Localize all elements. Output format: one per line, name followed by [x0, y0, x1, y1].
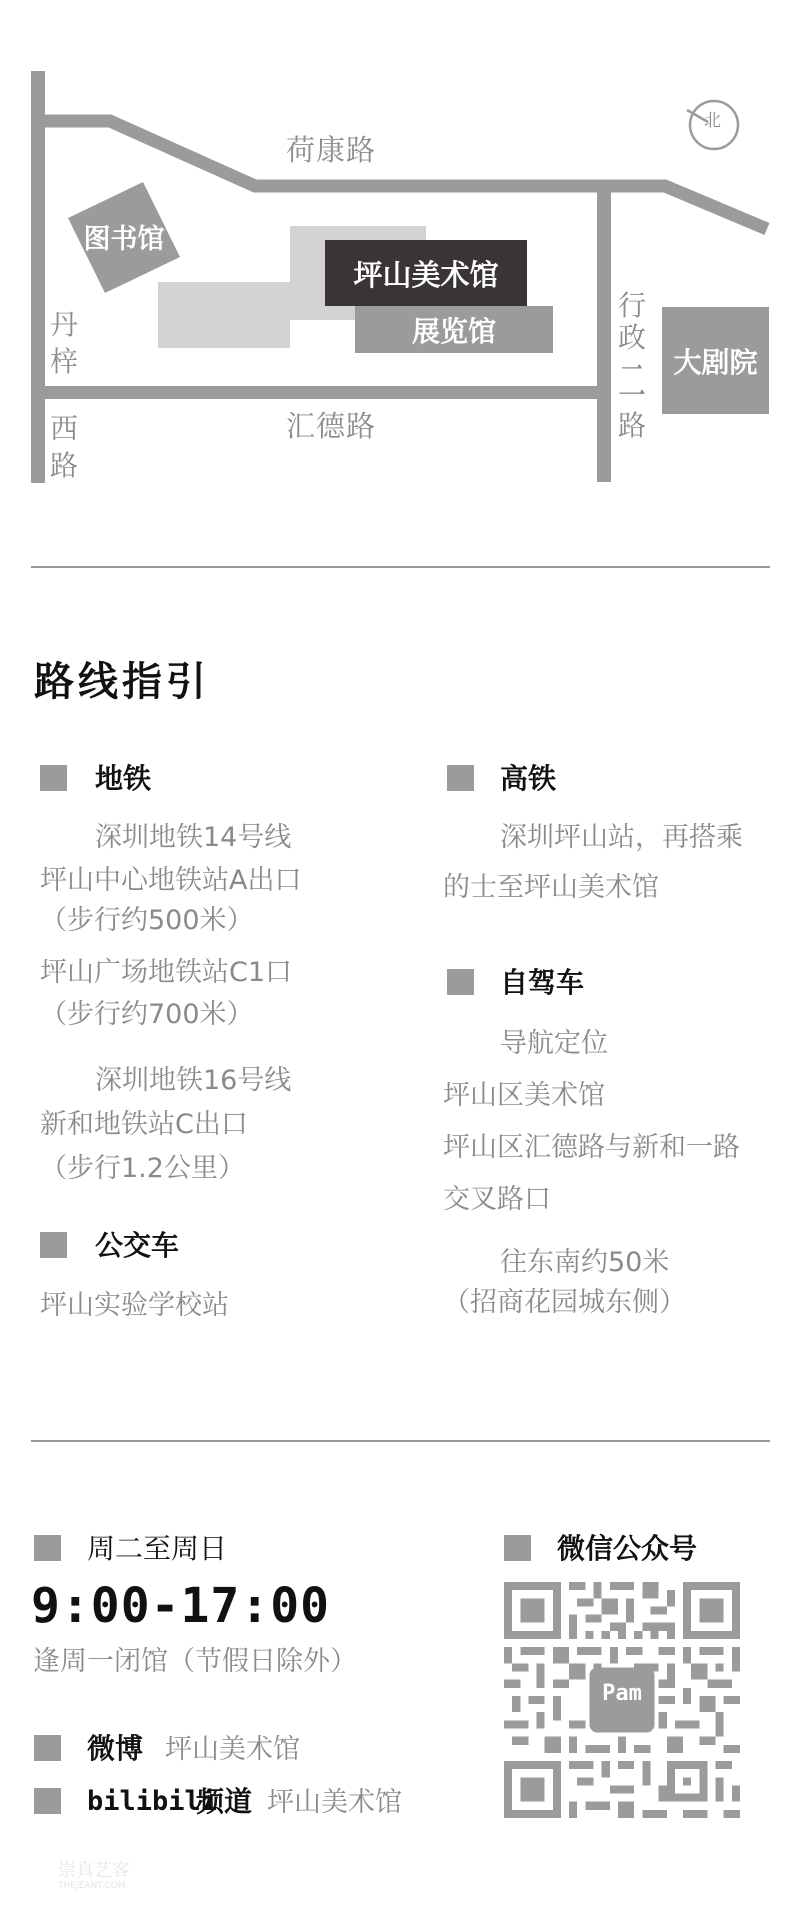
watermark-en: THEJEANT.COM — [58, 1882, 130, 1891]
watermark-cn: 崇真艺客 — [58, 1860, 130, 1881]
driving-line: 坪山区汇德路与新和一路 — [443, 1134, 740, 1161]
subway-walk-note: （步行约700米） — [40, 1001, 254, 1028]
road-label-char: 二 — [617, 337, 647, 427]
museum-building: 坪山美术馆 — [325, 240, 527, 306]
subway-line-16: 深圳地铁16号线 — [95, 1067, 291, 1094]
rail-line: 的士至坪山美术馆 — [443, 874, 659, 901]
subway-line-14: 深圳地铁14号线 — [95, 824, 291, 851]
road-south — [31, 386, 611, 399]
road-label-xingzheng-er: 行 政 二 路 — [617, 290, 647, 442]
wechat-label: 微信公众号 — [557, 1535, 697, 1563]
routes-title: 路线指引 — [34, 662, 210, 702]
bullet-square — [504, 1535, 531, 1561]
subway-walk-note: （步行约500米） — [40, 907, 254, 934]
driving-line: 导航定位 — [500, 1030, 608, 1057]
bilibili-channel-label: 频道 — [196, 1788, 252, 1816]
road-label-huide: 汇德路 — [286, 412, 376, 441]
driving-line: 交叉路口 — [443, 1186, 551, 1213]
bus-heading: 公交车 — [95, 1232, 179, 1260]
bus-stop: 坪山实验学校站 — [40, 1292, 229, 1319]
road-label-xilu: 西路 — [49, 410, 79, 484]
subway-stop: 坪山中心地铁站A出口 — [40, 867, 301, 894]
closed-note: 逢周一闭馆（节假日除外） — [33, 1648, 357, 1675]
library-label: 图书馆 — [74, 218, 174, 254]
subway-stop: 坪山广场地铁站C1口 — [40, 959, 292, 986]
driving-line: 往东南约50米 — [500, 1249, 669, 1276]
watermark: 崇真艺客 THEJEANT.COM — [20, 1862, 130, 1891]
bilibili-account[interactable]: 坪山美术馆 — [267, 1789, 402, 1816]
bullet-square — [34, 1535, 61, 1561]
weibo-label: 微博 — [87, 1735, 143, 1763]
subway-heading: 地铁 — [95, 765, 151, 793]
driving-line: （招商花园城东侧） — [443, 1289, 686, 1316]
theatre-building: 大剧院 — [662, 307, 769, 414]
weibo-account[interactable]: 坪山美术馆 — [165, 1736, 300, 1763]
section-divider — [31, 566, 770, 568]
road-label-danzi: 丹梓 — [49, 306, 79, 380]
road-label-char: 行 — [617, 290, 647, 322]
section-divider — [31, 1440, 770, 1442]
subway-stop: 新和地铁站C出口 — [40, 1111, 248, 1138]
bullet-square — [447, 765, 474, 791]
rail-heading: 高铁 — [500, 765, 556, 793]
bullet-square — [40, 1232, 67, 1258]
compass-north-label: 北 — [704, 113, 721, 130]
bullet-square — [40, 765, 67, 791]
bullet-square — [34, 1788, 61, 1814]
bullet-square — [34, 1735, 61, 1761]
opening-hours: 9:00-17:00 — [31, 1582, 330, 1630]
road-label-hekang: 荷康路 — [286, 136, 376, 165]
opening-days: 周二至周日 — [87, 1535, 227, 1563]
rail-line: 深圳坪山站，再搭乘 — [500, 824, 743, 851]
driving-heading: 自驾车 — [500, 969, 584, 997]
driving-line: 坪山区美术馆 — [443, 1082, 605, 1109]
subway-walk-note: （步行1.2公里） — [40, 1155, 245, 1182]
exhibition-hall-building: 展览馆 — [355, 306, 553, 353]
bullet-square — [447, 969, 474, 995]
qr-center-logo: Pam — [586, 1683, 658, 1705]
